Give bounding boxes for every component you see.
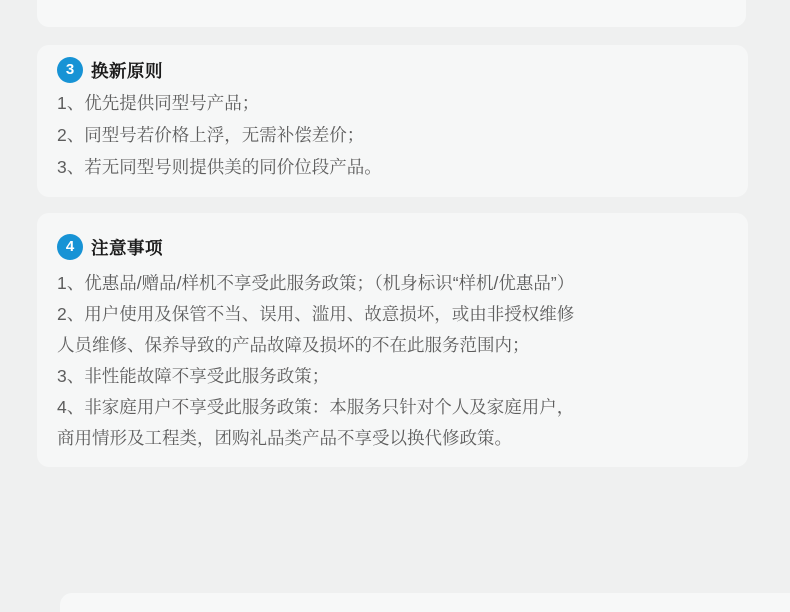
- section-title: 换新原则: [91, 58, 163, 83]
- section-notes: 4 注意事项 1、优惠品/赠品/样机不享受此服务政策；（机身标识“样机/优惠品”…: [37, 213, 748, 467]
- section-exchange-principles: 3 换新原则 1、优先提供同型号产品； 2、同型号若价格上浮，无需补偿差价； 3…: [37, 45, 748, 197]
- previous-card-remnant: [37, 0, 746, 27]
- policy-line: 2、同型号若价格上浮，无需补偿差价；: [57, 119, 724, 151]
- policy-line: 1、优先提供同型号产品；: [57, 87, 724, 119]
- service-policy-page: 3 换新原则 1、优先提供同型号产品； 2、同型号若价格上浮，无需补偿差价； 3…: [0, 0, 790, 612]
- policy-line: 商用情形及工程类，团购礼品类产品不享受以换代修政策。: [57, 423, 724, 454]
- exchange-section-body: 1、优先提供同型号产品； 2、同型号若价格上浮，无需补偿差价； 3、若无同型号则…: [37, 87, 748, 183]
- policy-line: 4、非家庭用户不享受此服务政策：本服务只针对个人及家庭用户，: [57, 392, 724, 423]
- section-number-badge: 3: [57, 57, 83, 83]
- exchange-section-header: 3 换新原则: [37, 45, 748, 83]
- policy-line: 2、用户使用及保管不当、误用、滥用、故意损坏，或由非授权维修: [57, 299, 724, 330]
- section-number-badge: 4: [57, 234, 83, 260]
- policy-line: 人员维修、保养导致的产品故障及损坏的不在此服务范围内；: [57, 330, 724, 361]
- notes-section-header: 4 注意事项: [37, 213, 748, 260]
- policy-line: 1、优惠品/赠品/样机不享受此服务政策；（机身标识“样机/优惠品”）: [57, 268, 724, 299]
- section-title: 注意事项: [91, 235, 163, 260]
- next-card-remnant: [60, 593, 790, 612]
- policy-line: 3、若无同型号则提供美的同价位段产品。: [57, 151, 724, 183]
- policy-line: 3、非性能故障不享受此服务政策；: [57, 361, 724, 392]
- notes-section-body: 1、优惠品/赠品/样机不享受此服务政策；（机身标识“样机/优惠品”） 2、用户使…: [37, 268, 748, 454]
